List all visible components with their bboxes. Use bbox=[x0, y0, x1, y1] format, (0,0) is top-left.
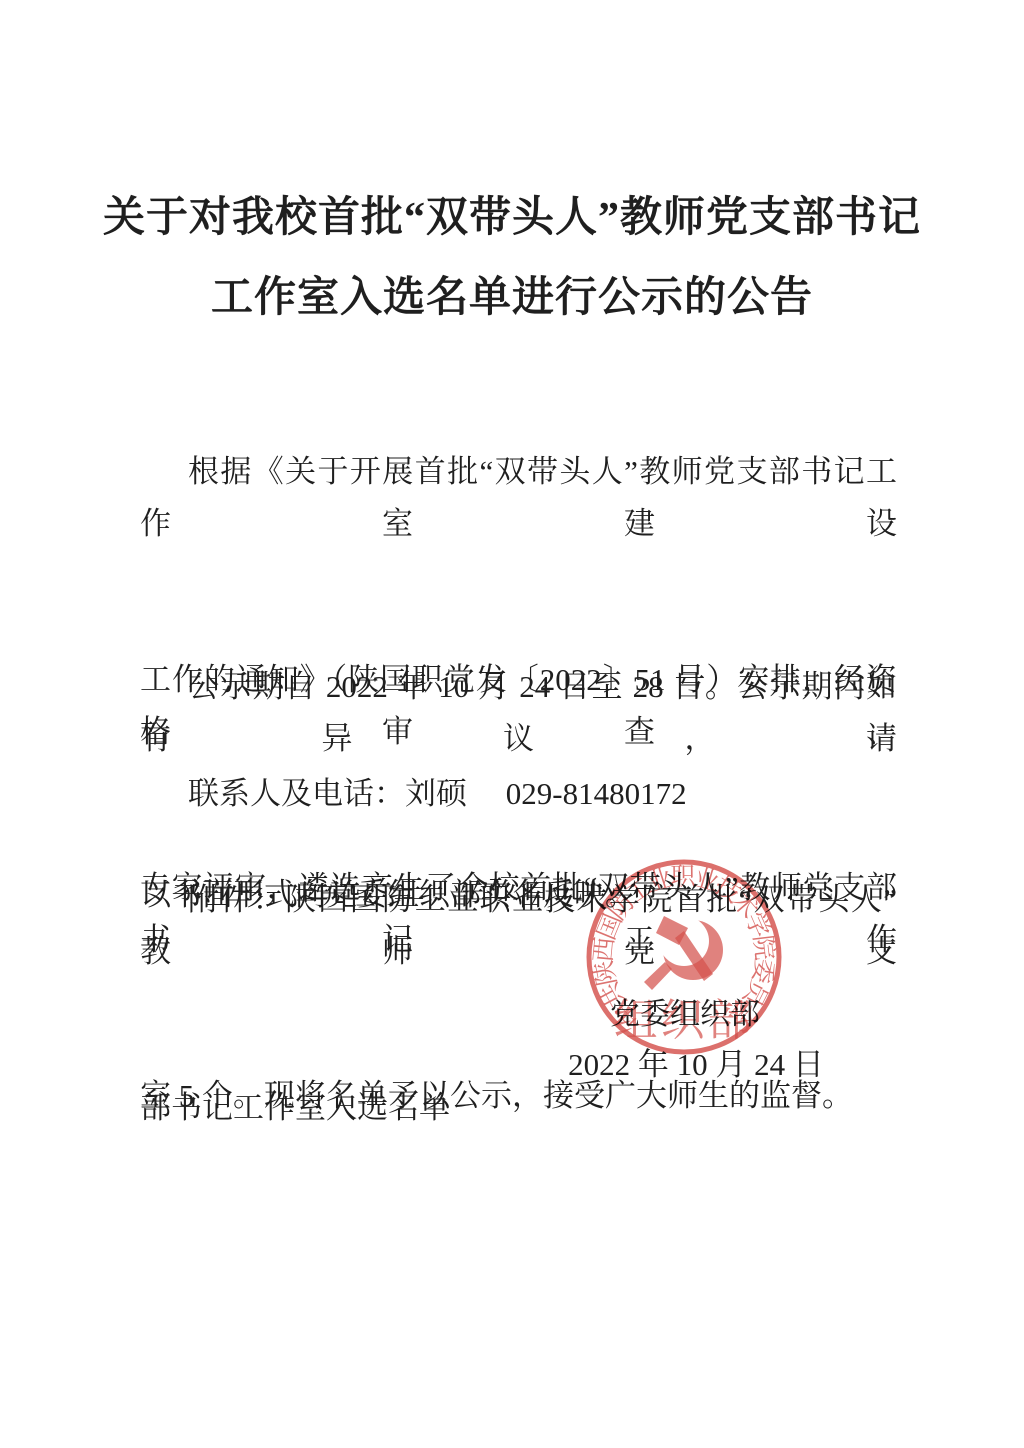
hammer-sickle-icon bbox=[644, 916, 723, 990]
seal-bottom-text: 组织部 bbox=[614, 996, 755, 1045]
paragraph-line: 部书记工作室入选名单 bbox=[140, 1082, 897, 1134]
paragraph-line: 根据《关于开展首批“双带头人”教师党支部书记工作室建设 bbox=[140, 446, 897, 550]
document-title-line-2: 工作室入选名单进行公示的公告 bbox=[0, 272, 1024, 324]
document-title-line-1: 关于对我校首批“双带头人”教师党支部书记 bbox=[0, 192, 1024, 244]
notice-document-page: 关于对我校首批“双带头人”教师党支部书记 工作室入选名单进行公示的公告 根据《关… bbox=[0, 0, 1024, 1448]
official-seal: 中共陕西国防工业职业技术学院委员会 组织部 bbox=[572, 852, 796, 1064]
